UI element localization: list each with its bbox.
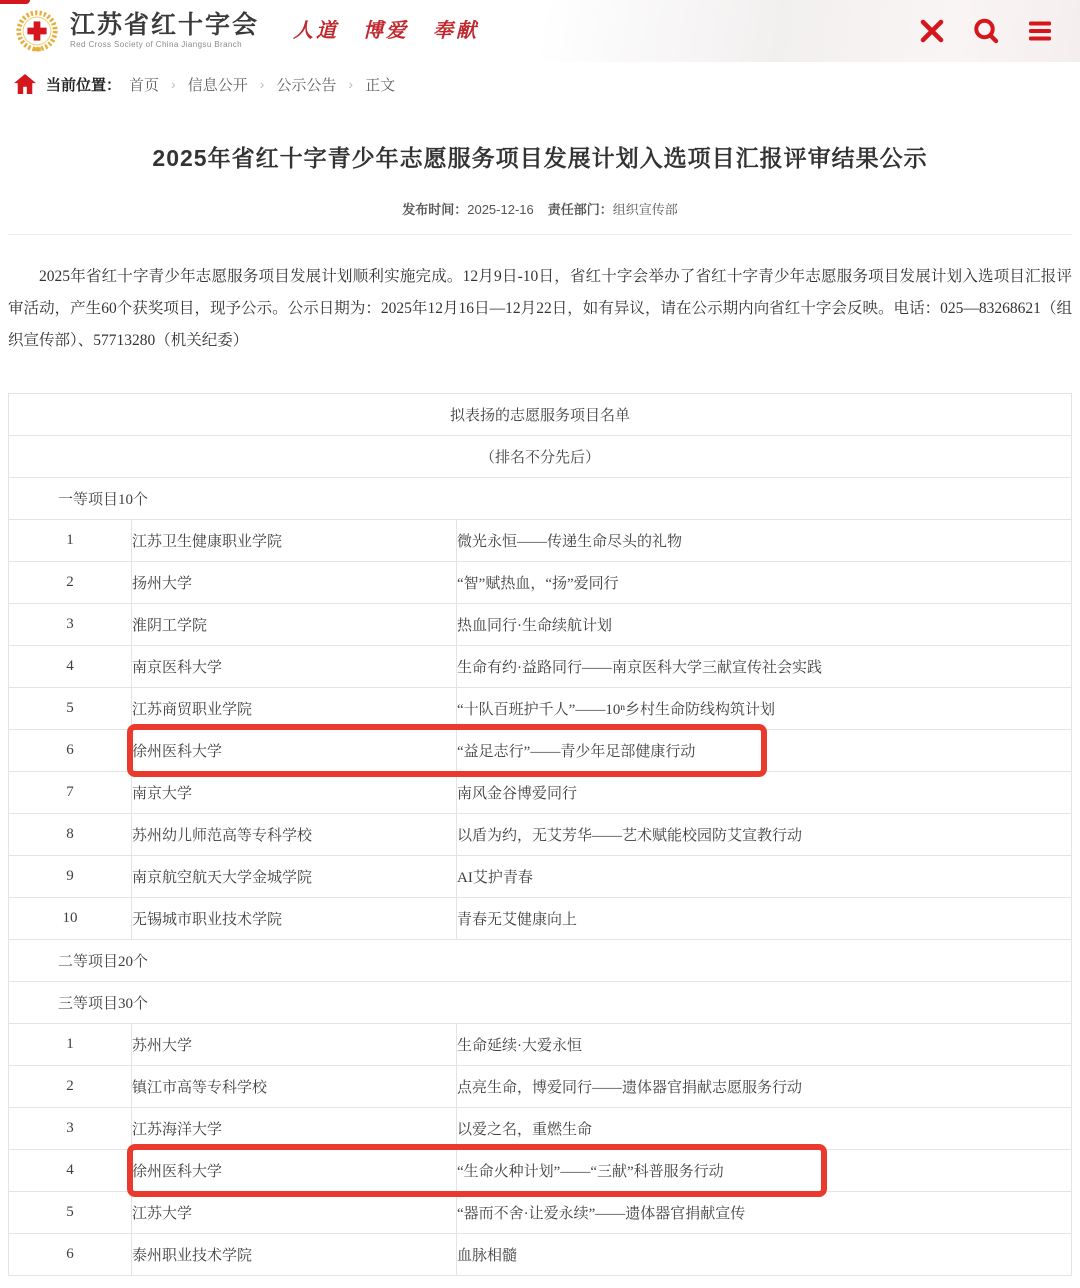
project-name-cell: “生命火种计划”——“三献”科普服务行动	[457, 1150, 1072, 1192]
project-name-cell: 青春无艾健康向上	[457, 898, 1072, 940]
brand-name: 江苏省红十字会	[70, 12, 259, 38]
project-name-cell: “益足志行”——青少年足部健康行动	[457, 730, 1072, 772]
table-row: 1苏州大学生命延续·大爱永恒	[9, 1024, 1072, 1066]
breadcrumb-item-home[interactable]: 首页	[129, 74, 159, 95]
row-number-cell: 5	[9, 1192, 132, 1234]
project-name-cell: 血脉相髓	[457, 1234, 1072, 1276]
section-heading: 一等项目10个	[9, 478, 1072, 520]
project-name-cell: “智”赋热血，“扬”爱同行	[457, 562, 1072, 604]
project-name-cell: “十队百班护千人”——10ⁿ乡村生命防线构筑计划	[457, 688, 1072, 730]
divider	[8, 234, 1072, 235]
brand-english-name: Red Cross Society of China Jiangsu Branc…	[70, 41, 259, 49]
school-name-cell: 南京大学	[132, 772, 457, 814]
table-row: 6泰州职业技术学院血脉相髓	[9, 1234, 1072, 1276]
row-number-cell: 3	[9, 1108, 132, 1150]
school-name-cell: 扬州大学	[132, 562, 457, 604]
school-name-cell: 淮阴工学院	[132, 604, 457, 646]
breadcrumb-item-info[interactable]: 信息公开	[188, 74, 248, 95]
table-row: 4徐州医科大学“生命火种计划”——“三献”科普服务行动	[9, 1150, 1072, 1192]
breadcrumb-label: 当前位置：	[46, 74, 121, 95]
table-row: 8苏州幼儿师范高等专科学校以盾为约，无艾芳华——艺术赋能校园防艾宣教行动	[9, 814, 1072, 856]
article: 2025年省红十字青少年志愿服务项目发展计划入选项目汇报评审结果公示 发布时间：…	[0, 140, 1080, 1276]
school-name-cell: 苏州大学	[132, 1024, 457, 1066]
project-name-cell: 点亮生命，博爱同行——遗体器官捐献志愿服务行动	[457, 1066, 1072, 1108]
row-number-cell: 9	[9, 856, 132, 898]
section-heading: 二等项目20个	[9, 940, 1072, 982]
page-title: 2025年省红十字青少年志愿服务项目发展计划入选项目汇报评审结果公示	[0, 140, 1080, 173]
table-title-row: 拟表扬的志愿服务项目名单	[9, 394, 1072, 436]
table-row: 6徐州医科大学“益足志行”——青少年足部健康行动	[9, 730, 1072, 772]
table-row: 4南京医科大学生命有约·益路同行——南京医科大学三献宣传社会实践	[9, 646, 1072, 688]
row-number-cell: 2	[9, 1066, 132, 1108]
row-number-cell: 7	[9, 772, 132, 814]
department-label: 责任部门：	[548, 202, 613, 217]
project-name-cell: 微光永恒——传递生命尽头的礼物	[457, 520, 1072, 562]
row-number-cell: 6	[9, 730, 132, 772]
table-row: 5江苏大学“器而不舍·让爱永续”——遗体器官捐献宣传	[9, 1192, 1072, 1234]
breadcrumb-item-announcements[interactable]: 公示公告	[276, 74, 336, 95]
section-heading-row: 三等项目30个	[9, 982, 1072, 1024]
close-icon[interactable]	[918, 17, 946, 45]
section-heading-row: 二等项目20个	[9, 940, 1072, 982]
table-subtitle: （排名不分先后）	[9, 436, 1072, 478]
table-row: 7南京大学南风金谷博爱同行	[9, 772, 1072, 814]
school-name-cell: 苏州幼儿师范高等专科学校	[132, 814, 457, 856]
table-row: 1江苏卫生健康职业学院微光永恒——传递生命尽头的礼物	[9, 520, 1072, 562]
department-value: 组织宣传部	[613, 202, 678, 217]
publish-date-value: 2025-12-16	[467, 202, 534, 217]
school-name-cell: 泰州职业技术学院	[132, 1234, 457, 1276]
brand-slogan: 人道 博爱 奉献	[293, 14, 479, 49]
project-name-cell: 生命有约·益路同行——南京医科大学三献宣传社会实践	[457, 646, 1072, 688]
row-number-cell: 1	[9, 1024, 132, 1066]
chevron-right-icon: ›	[260, 76, 265, 92]
projects-table: 拟表扬的志愿服务项目名单（排名不分先后）一等项目10个1江苏卫生健康职业学院微光…	[8, 393, 1072, 1276]
table-row: 3淮阴工学院热血同行·生命续航计划	[9, 604, 1072, 646]
row-number-cell: 4	[9, 1150, 132, 1192]
project-name-cell: 南风金谷博爱同行	[457, 772, 1072, 814]
row-number-cell: 2	[9, 562, 132, 604]
table-subtitle-row: （排名不分先后）	[9, 436, 1072, 478]
row-number-cell: 5	[9, 688, 132, 730]
row-number-cell: 8	[9, 814, 132, 856]
school-name-cell: 江苏商贸职业学院	[132, 688, 457, 730]
table-row: 2扬州大学“智”赋热血，“扬”爱同行	[9, 562, 1072, 604]
site-header: 江苏省红十字会 Red Cross Society of China Jiang…	[0, 0, 1080, 62]
row-number-cell: 4	[9, 646, 132, 688]
project-name-cell: “器而不舍·让爱永续”——遗体器官捐献宣传	[457, 1192, 1072, 1234]
school-name-cell: 徐州医科大学	[132, 730, 457, 772]
row-number-cell: 10	[9, 898, 132, 940]
project-name-cell: AI艾护青春	[457, 856, 1072, 898]
row-number-cell: 3	[9, 604, 132, 646]
chevron-right-icon: ›	[171, 76, 176, 92]
row-number-cell: 1	[9, 520, 132, 562]
red-cross-logo-icon	[14, 8, 60, 54]
home-icon[interactable]	[14, 74, 36, 94]
article-body-paragraph: 2025年省红十字青少年志愿服务项目发展计划顺利实施完成。12月9日-10日，省…	[8, 261, 1072, 356]
project-name-cell: 以盾为约，无艾芳华——艺术赋能校园防艾宣教行动	[457, 814, 1072, 856]
school-name-cell: 无锡城市职业技术学院	[132, 898, 457, 940]
chevron-right-icon: ›	[348, 76, 353, 92]
section-heading: 三等项目30个	[9, 982, 1072, 1024]
table-row: 9南京航空航天大学金城学院AI艾护青春	[9, 856, 1072, 898]
project-name-cell: 以爱之名，重燃生命	[457, 1108, 1072, 1150]
projects-table-wrap: 拟表扬的志愿服务项目名单（排名不分先后）一等项目10个1江苏卫生健康职业学院微光…	[8, 393, 1072, 1276]
breadcrumb-item-article: 正文	[365, 74, 395, 95]
article-meta: 发布时间：2025-12-16责任部门：组织宣传部	[0, 199, 1080, 218]
section-heading-row: 一等项目10个	[9, 478, 1072, 520]
school-name-cell: 徐州医科大学	[132, 1150, 457, 1192]
breadcrumb: 当前位置： 首页 › 信息公开 › 公示公告 › 正文	[0, 62, 1080, 106]
table-title: 拟表扬的志愿服务项目名单	[9, 394, 1072, 436]
search-icon[interactable]	[972, 17, 1000, 45]
table-row: 5江苏商贸职业学院“十队百班护千人”——10ⁿ乡村生命防线构筑计划	[9, 688, 1072, 730]
table-row: 3江苏海洋大学以爱之名，重燃生命	[9, 1108, 1072, 1150]
school-name-cell: 南京航空航天大学金城学院	[132, 856, 457, 898]
publish-date-label: 发布时间：	[402, 202, 467, 217]
school-name-cell: 江苏海洋大学	[132, 1108, 457, 1150]
table-row: 10无锡城市职业技术学院青春无艾健康向上	[9, 898, 1072, 940]
school-name-cell: 南京医科大学	[132, 646, 457, 688]
menu-icon[interactable]	[1026, 17, 1054, 45]
school-name-cell: 江苏大学	[132, 1192, 457, 1234]
project-name-cell: 生命延续·大爱永恒	[457, 1024, 1072, 1066]
school-name-cell: 江苏卫生健康职业学院	[132, 520, 457, 562]
projects-table-body: 拟表扬的志愿服务项目名单（排名不分先后）一等项目10个1江苏卫生健康职业学院微光…	[9, 394, 1072, 1276]
header-icons	[918, 17, 1054, 45]
row-number-cell: 6	[9, 1234, 132, 1276]
project-name-cell: 热血同行·生命续航计划	[457, 604, 1072, 646]
brand-block: 江苏省红十字会 Red Cross Society of China Jiang…	[70, 12, 259, 50]
school-name-cell: 镇江市高等专科学校	[132, 1066, 457, 1108]
table-row: 2镇江市高等专科学校点亮生命，博爱同行——遗体器官捐献志愿服务行动	[9, 1066, 1072, 1108]
